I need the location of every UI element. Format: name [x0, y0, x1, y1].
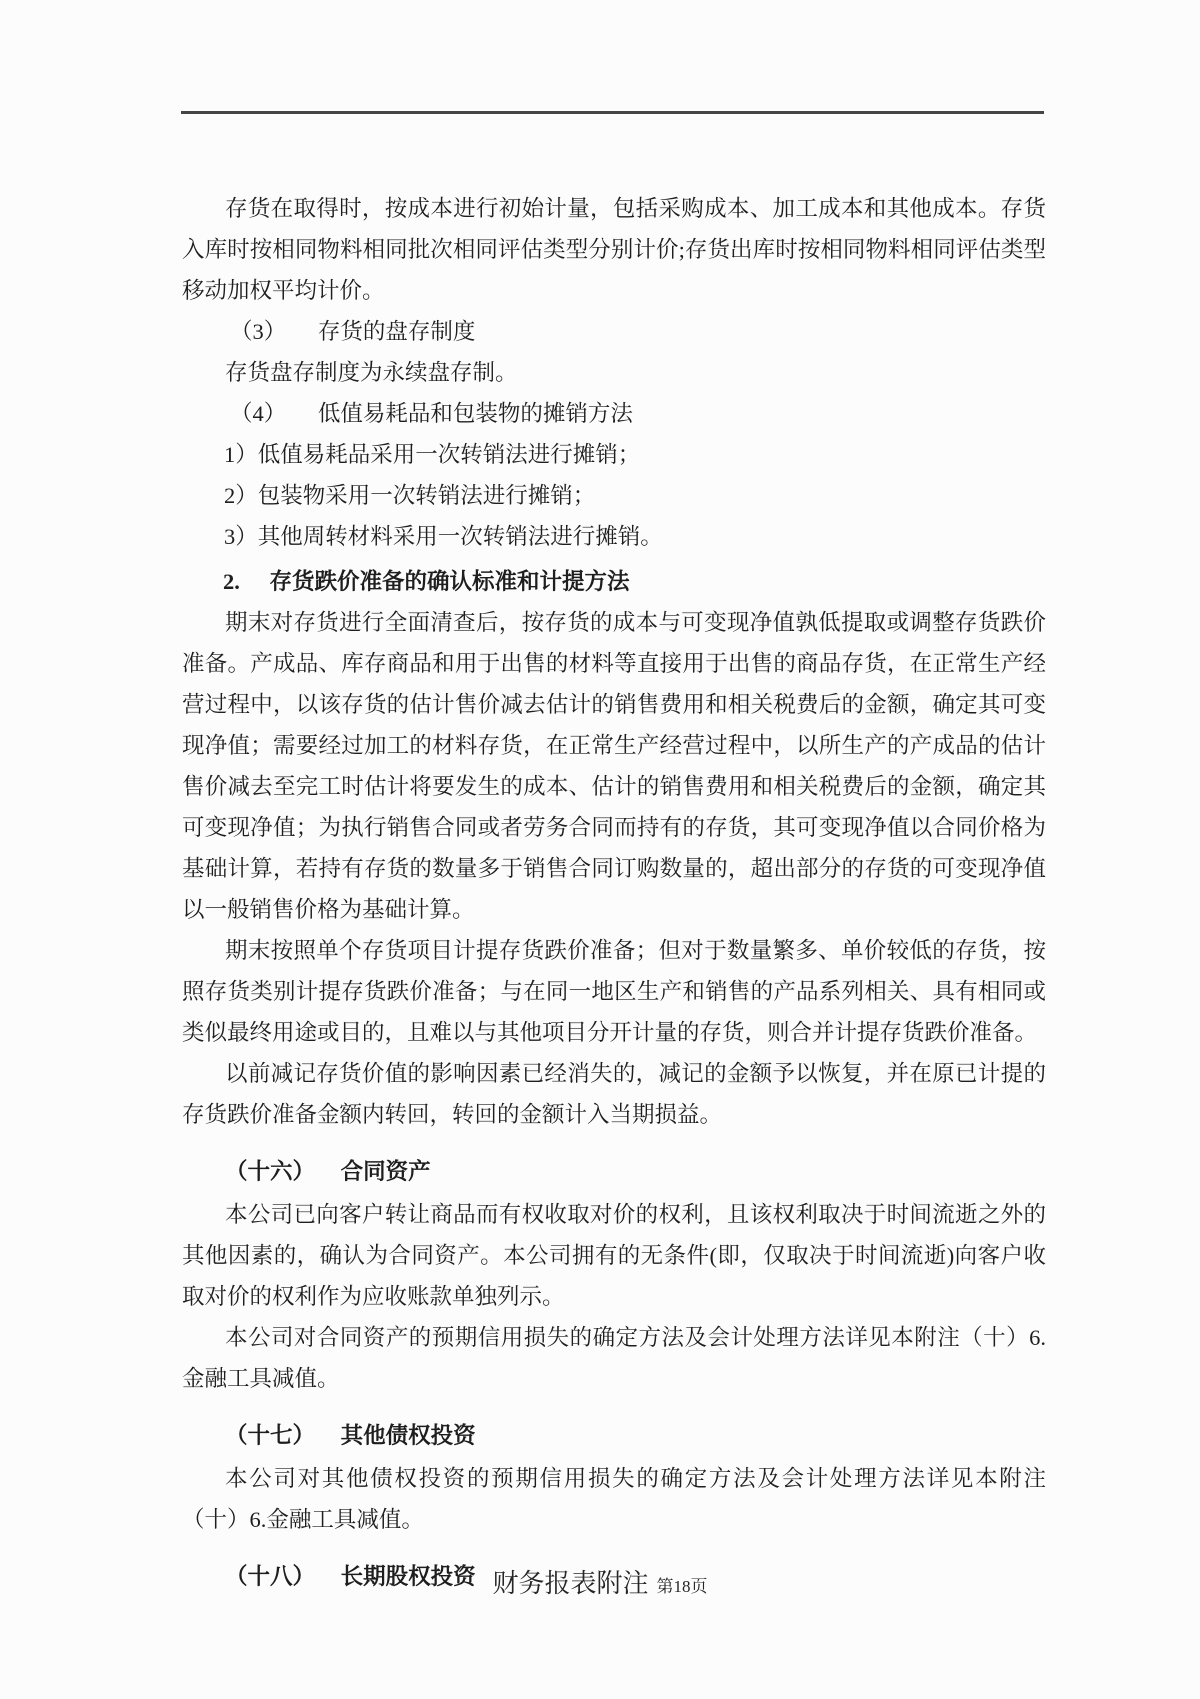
heading-16-title: 合同资产 [341, 1151, 431, 1192]
item-4-title: 低值易耗品和包装物的摊销方法 [318, 393, 633, 434]
heading-17-other-debt-investments: （十七） 其他债权投资 [182, 1415, 1046, 1456]
header-rule [181, 111, 1044, 114]
paragraph-net-realizable-value: 期末对存货进行全面清查后，按存货的成本与可变现净值孰低提取或调整存货跌价准备。产… [182, 602, 1046, 930]
footer-page-number: 第18页 [657, 1577, 708, 1596]
heading-17-number: （十七） [225, 1415, 315, 1456]
page-footer: 财务报表附注第18页 [0, 1566, 1200, 1605]
paragraph-other-debt-impairment: 本公司对其他债权投资的预期信用损失的确定方法及会计处理方法详见本附注（十）6.金… [182, 1458, 1046, 1540]
item-3-title: 存货的盘存制度 [318, 311, 476, 352]
heading-inventory-provision: 2. 存货跌价准备的确认标准和计提方法 [182, 561, 1046, 602]
paragraph-provision-basis: 期末按照单个存货项目计提存货跌价准备；但对于数量繁多、单价较低的存货，按照存货类… [182, 930, 1046, 1053]
heading-inventory-provision-number: 2. [223, 561, 240, 602]
item-4-number: （4） [230, 393, 286, 434]
paragraph-inventory-initial-measurement: 存货在取得时，按成本进行初始计量，包括采购成本、加工成本和其他成本。存货入库时按… [182, 188, 1046, 311]
paragraph-contract-asset-impairment: 本公司对合同资产的预期信用损失的确定方法及会计处理方法详见本附注（十）6.金融工… [182, 1317, 1046, 1399]
item-4-amortization-method: （4） 低值易耗品和包装物的摊销方法 [182, 393, 1046, 434]
item-3-inventory-system: （3） 存货的盘存制度 [182, 311, 1046, 352]
list-item-packaging: 2）包装物采用一次转销法进行摊销； [182, 475, 1046, 516]
heading-16-contract-assets: （十六） 合同资产 [182, 1151, 1046, 1192]
heading-17-title: 其他债权投资 [341, 1415, 476, 1456]
footer-title: 财务报表附注 [492, 1569, 648, 1598]
document-content: 存货在取得时，按成本进行初始计量，包括采购成本、加工成本和其他成本。存货入库时按… [182, 188, 1046, 1599]
heading-inventory-provision-title: 存货跌价准备的确认标准和计提方法 [270, 561, 630, 602]
list-item-other-turnover-materials: 3）其他周转材料采用一次转销法进行摊销。 [182, 516, 1046, 557]
heading-16-number: （十六） [225, 1151, 315, 1192]
list-item-low-value-consumables: 1）低值易耗品采用一次转销法进行摊销； [182, 434, 1046, 475]
paragraph-perpetual-inventory: 存货盘存制度为永续盘存制。 [182, 352, 1046, 393]
document-page: 存货在取得时，按成本进行初始计量，包括采购成本、加工成本和其他成本。存货入库时按… [0, 0, 1200, 1699]
paragraph-provision-reversal: 以前减记存货价值的影响因素已经消失的，减记的金额予以恢复，并在原已计提的存货跌价… [182, 1053, 1046, 1135]
item-3-number: （3） [230, 311, 286, 352]
paragraph-contract-asset-definition: 本公司已向客户转让商品而有权收取对价的权利，且该权利取决于时间流逝之外的其他因素… [182, 1194, 1046, 1317]
